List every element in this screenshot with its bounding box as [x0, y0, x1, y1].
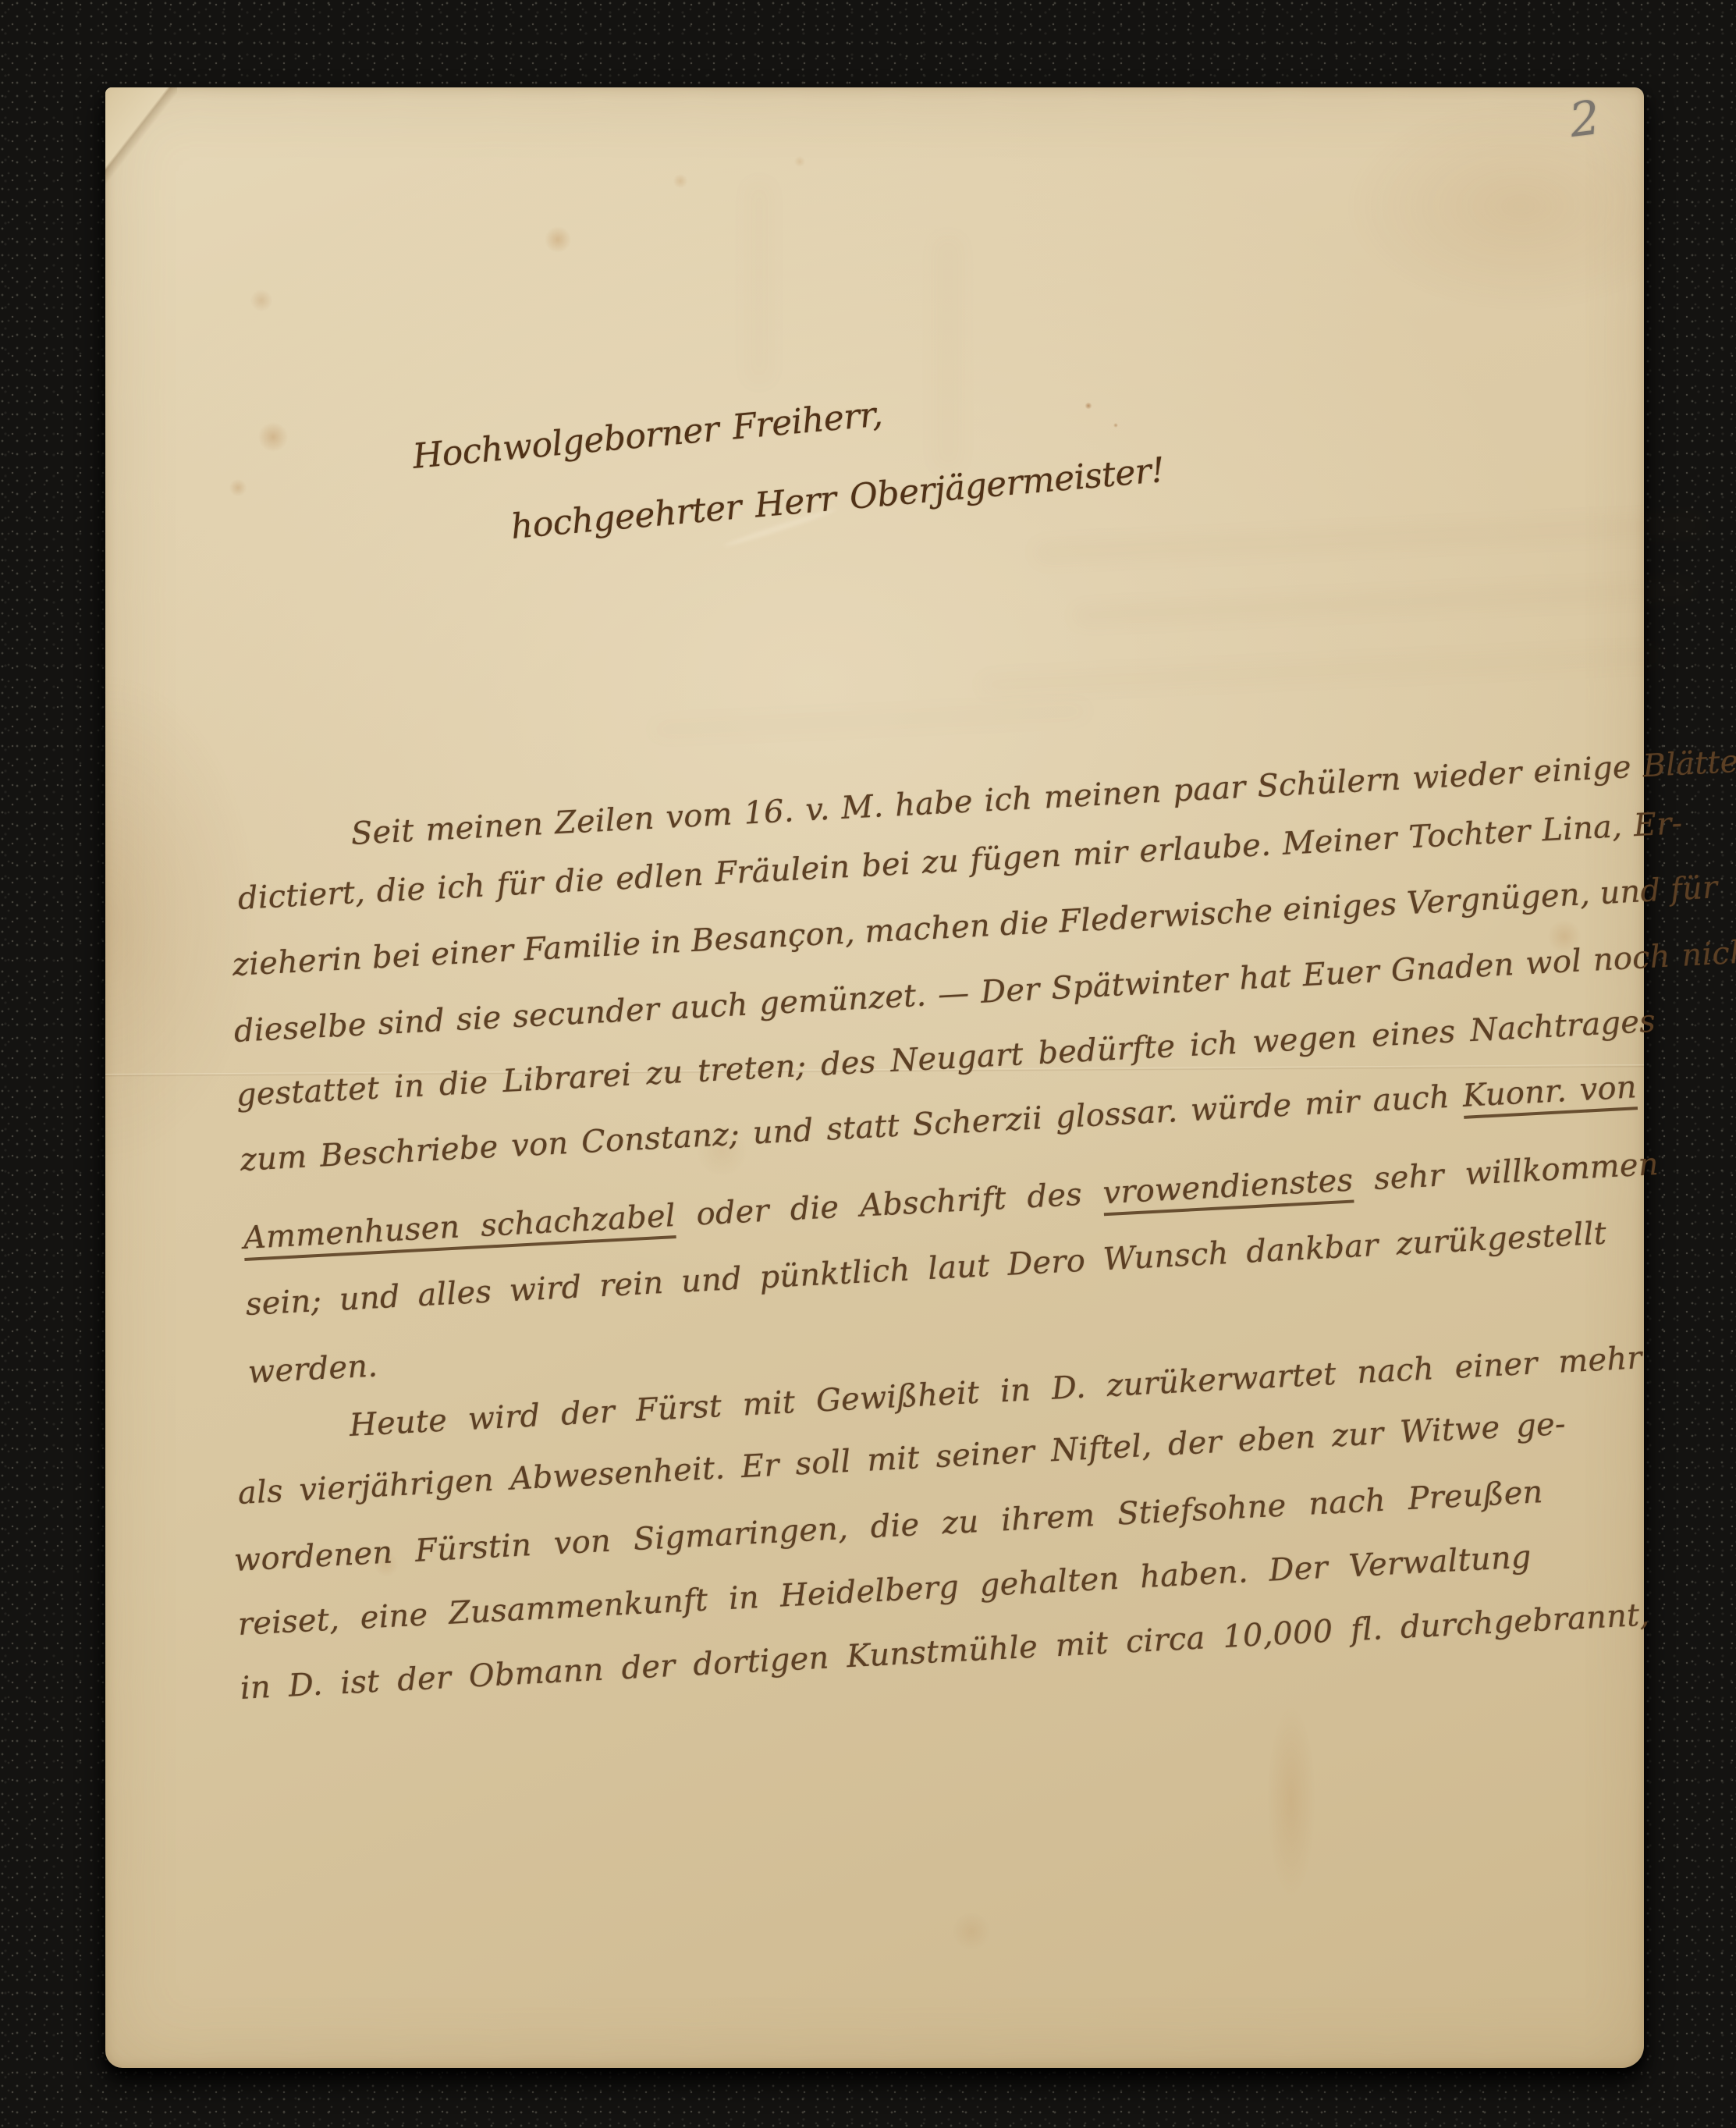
ink-bleedthrough	[932, 236, 964, 470]
ink-bleedthrough	[651, 702, 1088, 738]
corner-fold	[105, 87, 177, 204]
paper-scratch	[723, 506, 836, 549]
ink-bleedthrough	[745, 181, 773, 384]
ink-bleedthrough	[1073, 580, 1697, 626]
scan-background: Hochwolgeborner Freiherr,hochgeehrter He…	[0, 0, 1736, 2128]
ink-bleedthrough	[1034, 513, 1705, 563]
foxing-stains	[105, 87, 1644, 2068]
ink-bleedthrough	[979, 646, 1666, 695]
fold-crease	[105, 1064, 1644, 1077]
letter-paper	[105, 87, 1644, 2068]
